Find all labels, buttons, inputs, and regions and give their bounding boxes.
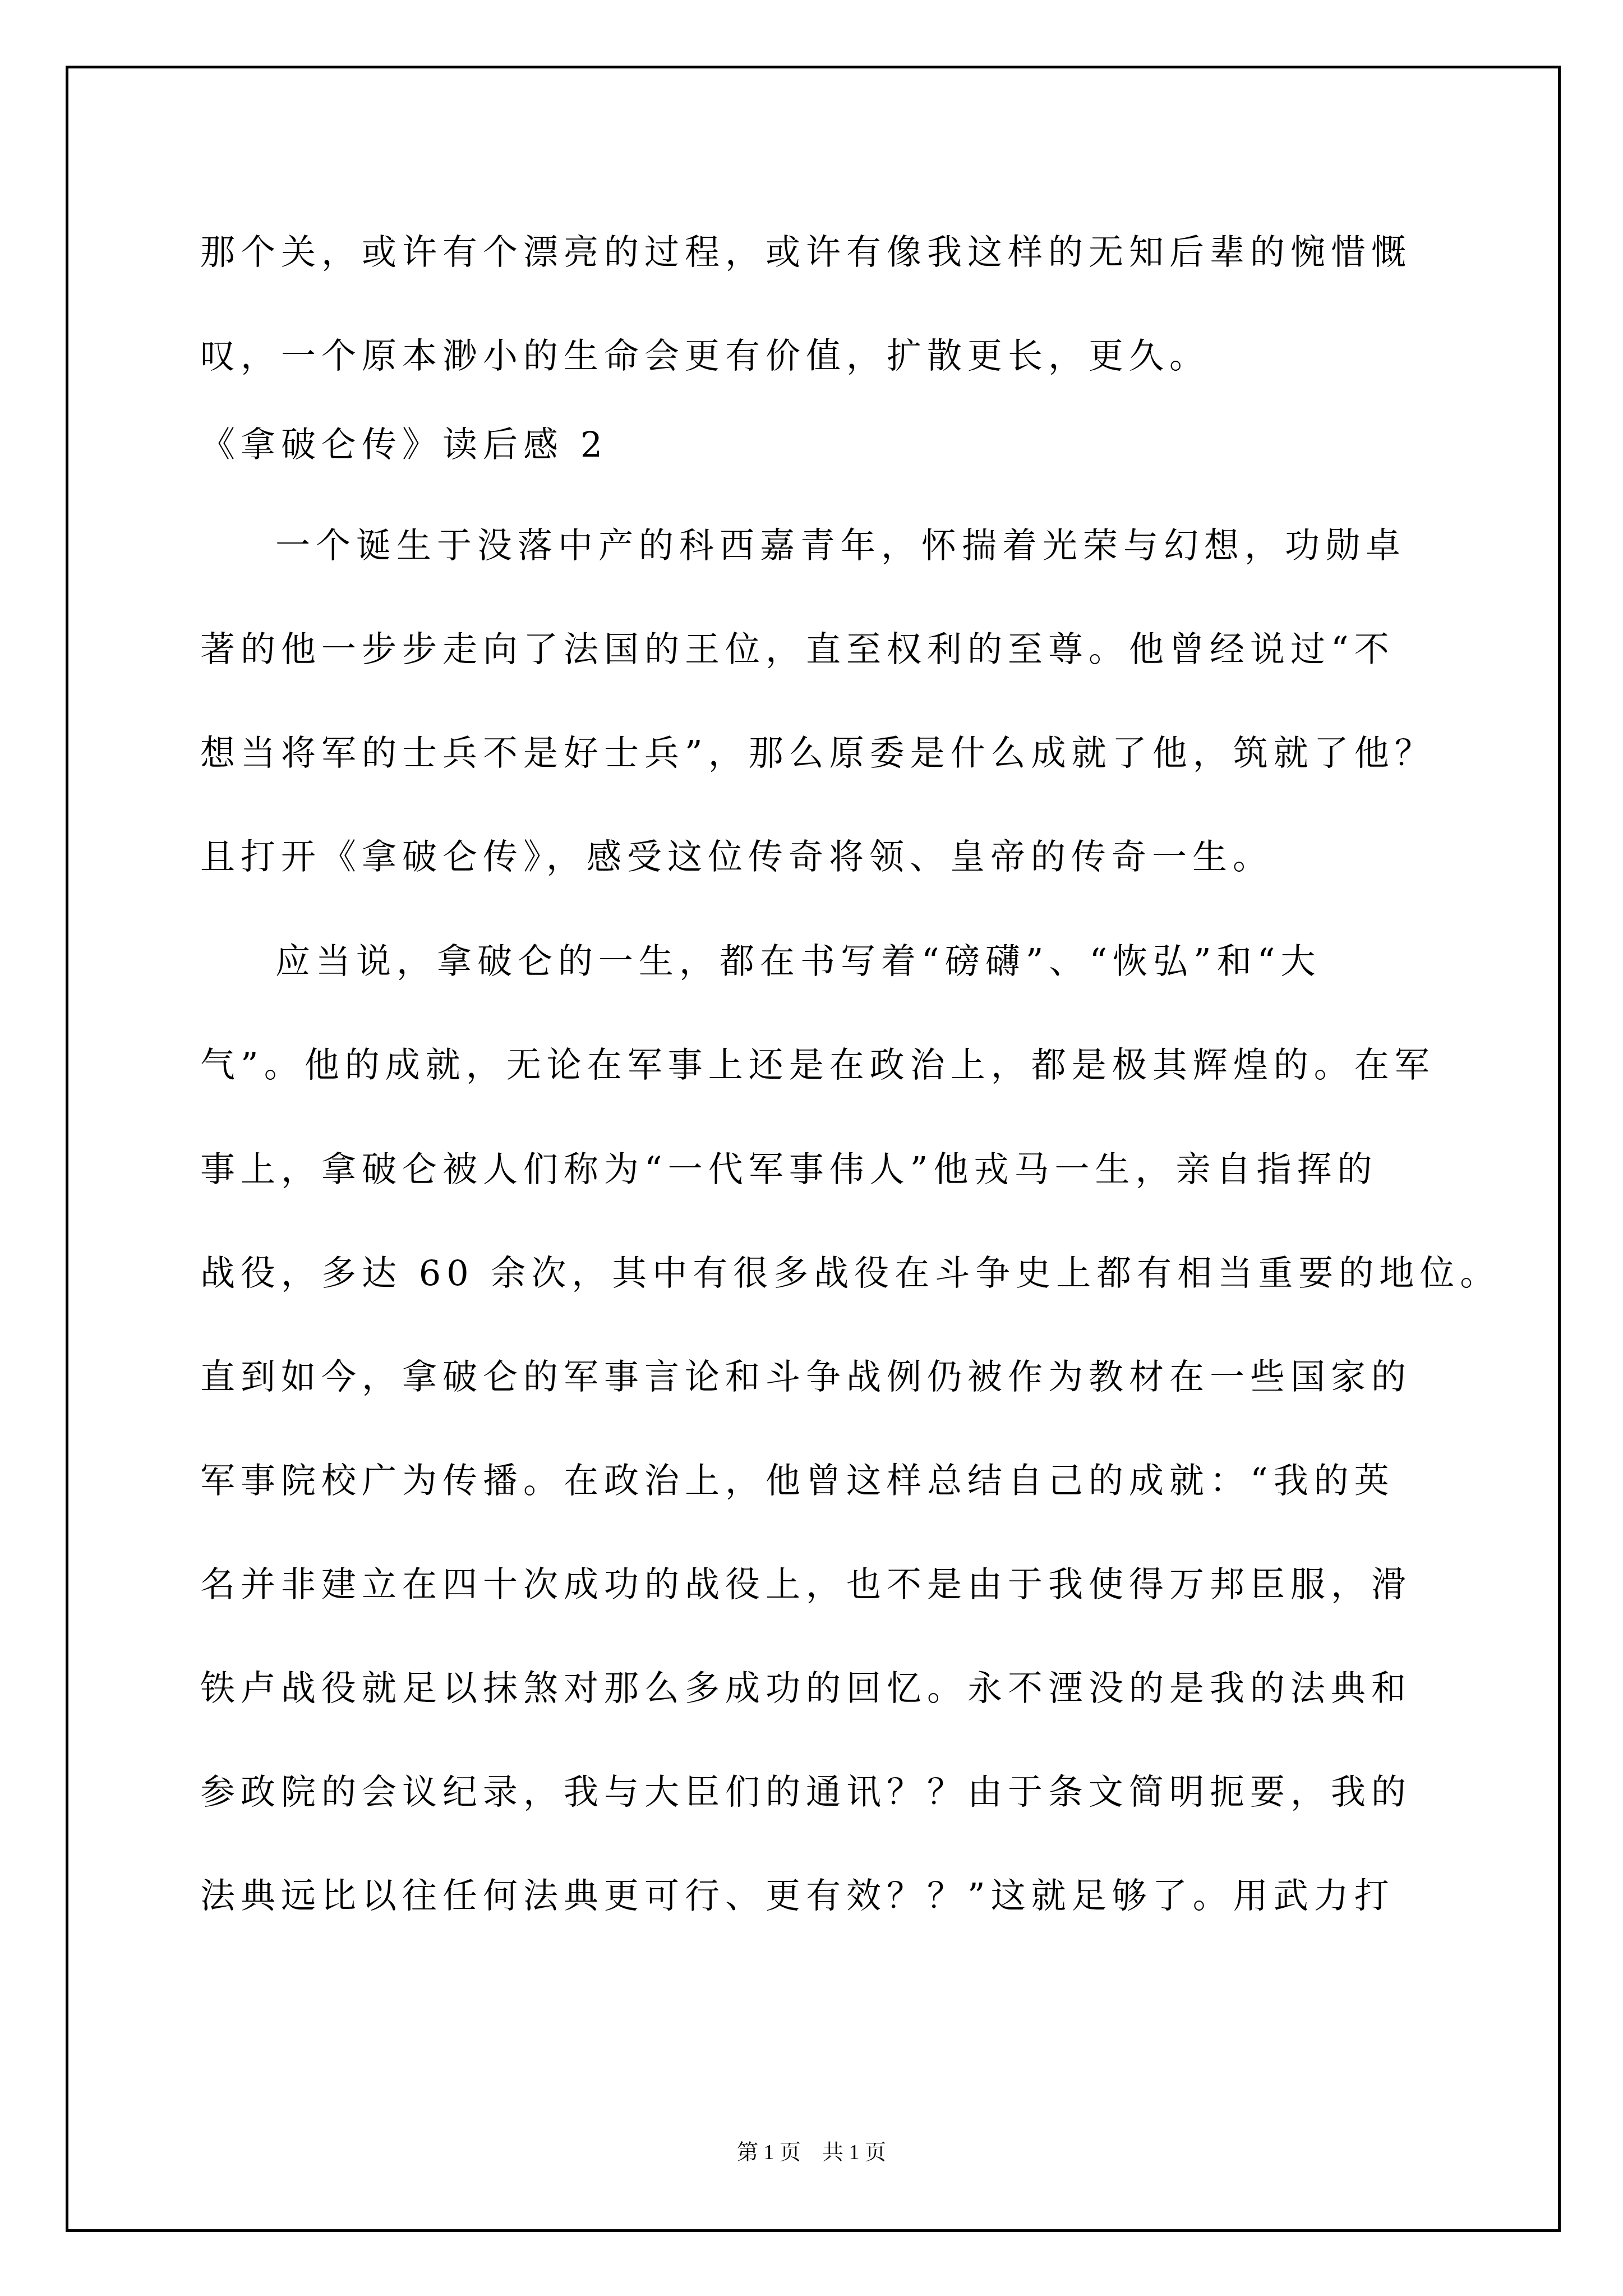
text-line: 叹，一个原本渺小的生命会更有价值，扩散更长，更久。 [200,334,1210,379]
text-line: 想当将军的士兵不是好士兵”，那么原委是什么成就了他，筑就了他？ [200,731,1435,776]
text-line: 法典远比以往任何法典更可行、更有效？？”这就足够了。用武力打 [200,1874,1395,1918]
text-line: 直到如今，拿破仑的军事言论和斗争战例仍被作为教材在一些国家的 [200,1355,1412,1400]
text-line: 一个诞生于没落中产的科西嘉青年，怀揣着光荣与幻想，功勋卓 [275,523,1406,568]
text-line: 参政院的会议纪录，我与大臣们的通讯？？由于条文简明扼要，我的 [200,1770,1412,1815]
page-footer: 第 1 页 共 1 页 [0,2134,1623,2165]
text-line: 名并非建立在四十次成功的战役上，也不是由于我使得万邦臣服，滑 [200,1562,1412,1607]
text-line: 应当说，拿破仑的一生，都在书写着“磅礴”、“恢弘”和“大 [275,939,1321,984]
text-line: 气”。他的成就，无论在军事上还是在政治上，都是极其辉煌的。在军 [200,1043,1435,1088]
text-line: 且打开《拿破仑传》，感受这位传奇将领、皇帝的传奇一生。 [200,835,1273,880]
text-line: 著的他一步步走向了法国的王位，直至权利的至尊。他曾经说过“不 [200,627,1395,672]
text-line: 铁卢战役就足以抹煞对那么多成功的回忆。永不湮没的是我的法典和 [200,1666,1412,1711]
text-line: 事上，拿破仑被人们称为“一代军事伟人”他戎马一生，亲自指挥的 [200,1147,1377,1192]
text-line: 战役，多达 60 余次，其中有很多战役在斗争史上都有相当重要的地位。 [200,1251,1500,1296]
text-line: 那个关，或许有个漂亮的过程，或许有像我这样的无知后辈的惋惜慨 [200,230,1412,275]
text-line: 军事院校广为传播。在政治上，他曾这样总结自己的成就：“我的英 [200,1458,1395,1503]
section-heading: 《拿破仑传》读后感 2 [200,422,608,467]
